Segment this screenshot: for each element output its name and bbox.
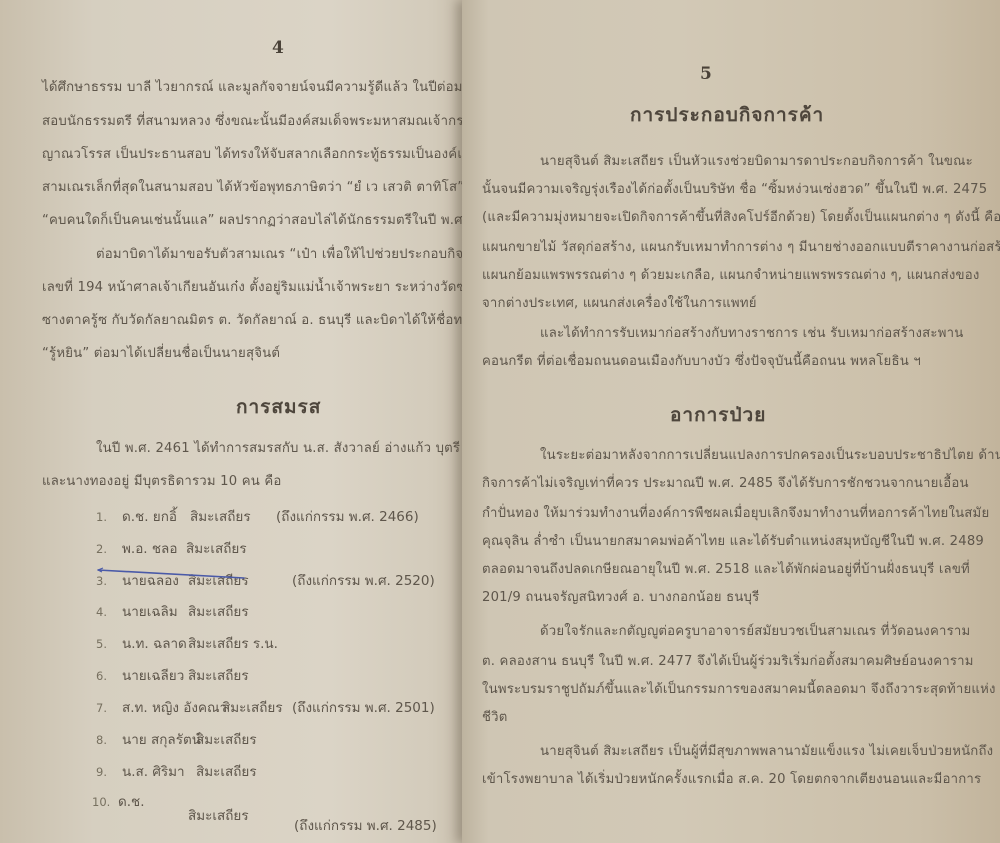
text-line: และได้ทำการรับเหมาก่อสร้างกับทางราชการ เ… <box>540 322 963 343</box>
section-heading-marriage: การสมรส <box>236 392 321 422</box>
text-line: สอบนักธรรมตรี ที่สนามหลวง ซึ่งขณะนั้นมีอ… <box>42 110 470 131</box>
text-line: เข้าโรงพยาบาล ได้เริ่มป่วยหนักครั้งแรกเม… <box>482 768 981 789</box>
text-line: สามเณรเล็กที่สุดในสนามสอบ ได้หัวข้อพุทธภ… <box>42 176 470 197</box>
text-line: แผนกย้อมแพรพรรณต่าง ๆ ด้วยมะเกลือ, แผนกจ… <box>482 264 980 285</box>
child-list-item: 6.นายเฉลียว สิมะเสถียร <box>96 664 184 686</box>
pen-underline-mark <box>96 566 246 582</box>
text-line: ต. คลองสาน ธนบุรี ในปี พ.ศ. 2477 จึงได้เ… <box>482 650 974 671</box>
text-line: ในระยะต่อมาหลังจากการเปลี่ยนแปลงการปกครอ… <box>540 444 1000 465</box>
text-line: นายสุจินต์ สิมะเสถียร เป็นผู้ที่มีสุขภาพ… <box>540 740 993 761</box>
child-list-item: 7.ส.ท. หญิง อังคณา สิมะเสถียร (ถึงแก่กรร… <box>96 696 227 718</box>
text-line: คุณจุลิน ล่ำซำ เป็นนายกสมาคมพ่อค้าไทย แล… <box>482 530 984 551</box>
text-line: ในปี พ.ศ. 2461 ได้ทำการสมรสกับ น.ส. สังว… <box>96 437 460 458</box>
text-line: (และมีความมุ่งหมายจะเปิดกิจการค้าขึ้นที่… <box>482 206 1000 227</box>
text-line: ด้วยใจรักและกตัญญูต่อครูบาอาจารย์สมัยบวช… <box>540 620 970 641</box>
text-line: ซางตาครู้ซ กับวัดกัลยาณมิตร ต. วัดกัลยาณ… <box>42 309 470 330</box>
text-line: และนางทองอยู่ มีบุตรธิดารวม 10 คน คือ <box>42 470 281 491</box>
text-line: นั้นจนมีความเจริญรุ่งเรืองได้ก่อตั้งเป็น… <box>482 178 987 199</box>
text-line: กิจการค้าไม่เจริญเท่าที่ควร ประมาณปี พ.ศ… <box>482 472 969 493</box>
child-list-item: 10.ด.ช. สิมะเสถียร (ถึงแก่กรรม พ.ศ. 2485… <box>92 790 145 812</box>
text-line: นายสุจินต์ สิมะเสถียร เป็นหัวแรงช่วยบิดา… <box>540 150 973 171</box>
left-page: 4 ได้ศึกษาธรรม บาลี ไวยากรณ์ และมูลกัจจา… <box>0 0 470 843</box>
text-line: 201/9 ถนนจรัญสนิทวงศ์ อ. บางกอกน้อย ธนบุ… <box>482 586 759 607</box>
text-line: ญาณวโรรส เป็นประธานสอบ ได้ทรงให้จับสลากเ… <box>42 143 470 164</box>
right-page: 5 การประกอบกิจการค้า นายสุจินต์ สิมะเสถี… <box>462 0 1000 843</box>
text-line: แผนกขายไม้ วัสดุก่อสร้าง, แผนกรับเหมาทำก… <box>482 236 1000 257</box>
text-line: ชีวิต <box>482 706 508 727</box>
text-line: เลขที่ 194 หน้าศาลเจ้าเกียนอันเก๋ง ตั้งอ… <box>42 276 470 297</box>
text-line: จากต่างประเทศ, แผนกส่งเครื่องใช้ในการแพท… <box>482 292 757 313</box>
page-number: 5 <box>700 64 712 84</box>
book-spread: 4 ได้ศึกษาธรรม บาลี ไวยากรณ์ และมูลกัจจา… <box>0 0 1000 843</box>
child-list-item: 9.น.ส. ศิริมา สิมะเสถียร <box>96 760 185 782</box>
text-line: ตลอดมาจนถึงปลดเกษียณอายุในปี พ.ศ. 2518 แ… <box>482 558 970 579</box>
text-line: ได้ศึกษาธรรม บาลี ไวยากรณ์ และมูลกัจจายน… <box>42 76 470 97</box>
text-line: คอนกรีต ที่ต่อเชื่อมถนนดอนเมืองกับบางบัว… <box>482 350 921 371</box>
child-list-item: 4.นายเฉลิม สิมะเสถียร <box>96 600 178 622</box>
text-line: กำปั่นทอง ให้มาร่วมทำงานที่องค์การพืชผลเ… <box>482 502 989 523</box>
child-list-item: 2.พ.อ. ชลอ สิมะเสถียร <box>96 537 177 559</box>
text-line: “คบคนใดก็เป็นคนเช่นนั้นแล” ผลปรากฏว่าสอบ… <box>42 209 470 230</box>
text-line: ต่อมาบิดาได้มาขอรับตัวสามเณร “เป๋า เพื่อ… <box>96 243 470 264</box>
section-heading-illness: อาการป่วย <box>670 400 766 430</box>
child-list-item: 5.น.ท. ฉลาด สิมะเสถียร ร.น. <box>96 632 187 654</box>
child-list-item: 8.นาย สกุลรัตน์ สิมะเสถียร <box>96 728 201 750</box>
page-number: 4 <box>272 38 284 58</box>
text-line: ในพระบรมราชูปถัมภ์ขึ้นและได้เป็นกรรมการข… <box>482 678 996 699</box>
child-list-item: 1.ด.ช. ยกอิ้ สิมะเสถียร (ถึงแก่กรรม พ.ศ.… <box>96 505 177 527</box>
text-line: “รู้หยิน” ต่อมาได้เปลี่ยนชื่อเป็นนายสุจิ… <box>42 342 280 363</box>
section-heading-business: การประกอบกิจการค้า <box>630 100 824 130</box>
